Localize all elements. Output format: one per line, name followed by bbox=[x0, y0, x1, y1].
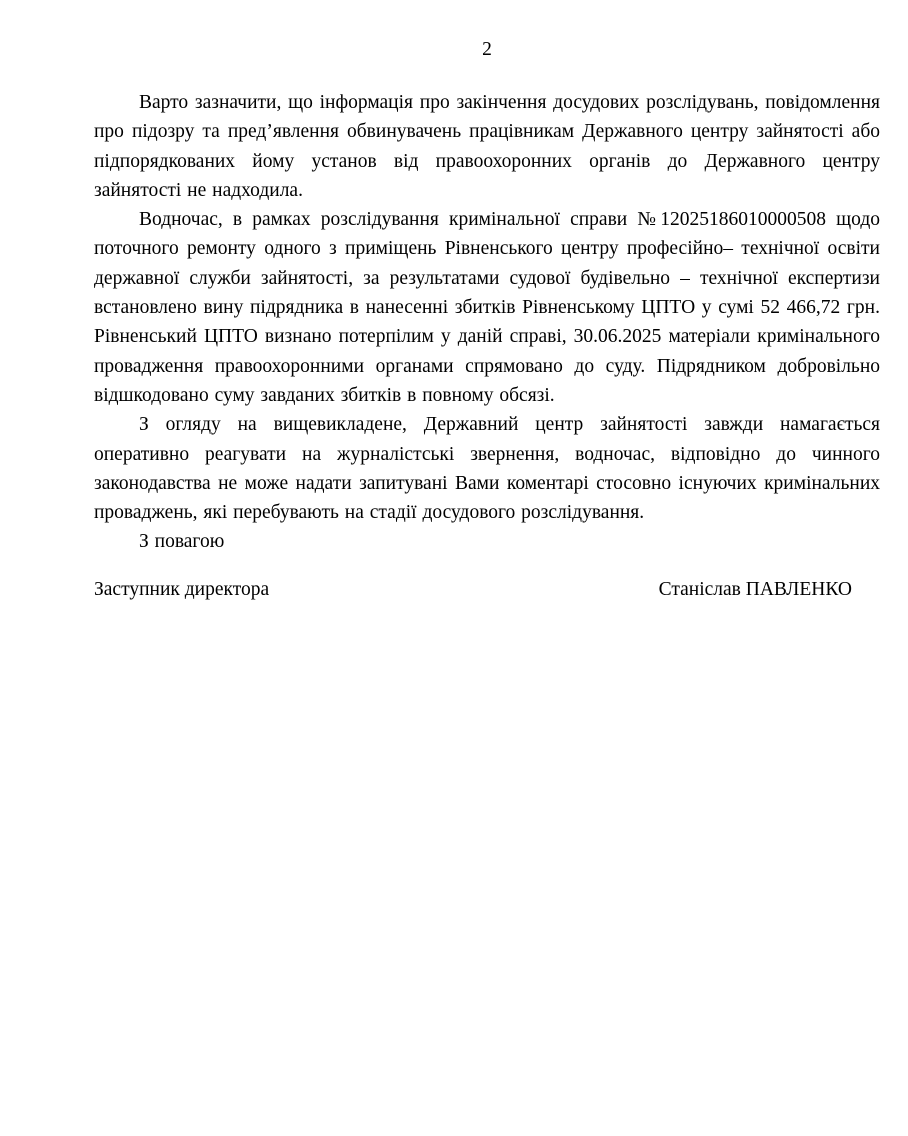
signer-position: Заступник директора bbox=[94, 575, 269, 604]
page-number: 2 bbox=[94, 35, 880, 64]
document-page: 2 Варто зазначити, що інформація про зак… bbox=[0, 0, 908, 1136]
paragraph: З огляду на вищевикладене, Державний цен… bbox=[94, 410, 880, 527]
document-body: Варто зазначити, що інформація про закін… bbox=[94, 88, 880, 604]
closing-salutation: З повагою bbox=[94, 527, 880, 556]
paragraph: Водночас, в рамках розслідування криміна… bbox=[94, 205, 880, 410]
signature-block: Заступник директора Станіслав ПАВЛЕНКО bbox=[94, 575, 880, 604]
signer-name: Станіслав ПАВЛЕНКО bbox=[659, 575, 880, 604]
paragraph: Варто зазначити, що інформація про закін… bbox=[94, 88, 880, 205]
